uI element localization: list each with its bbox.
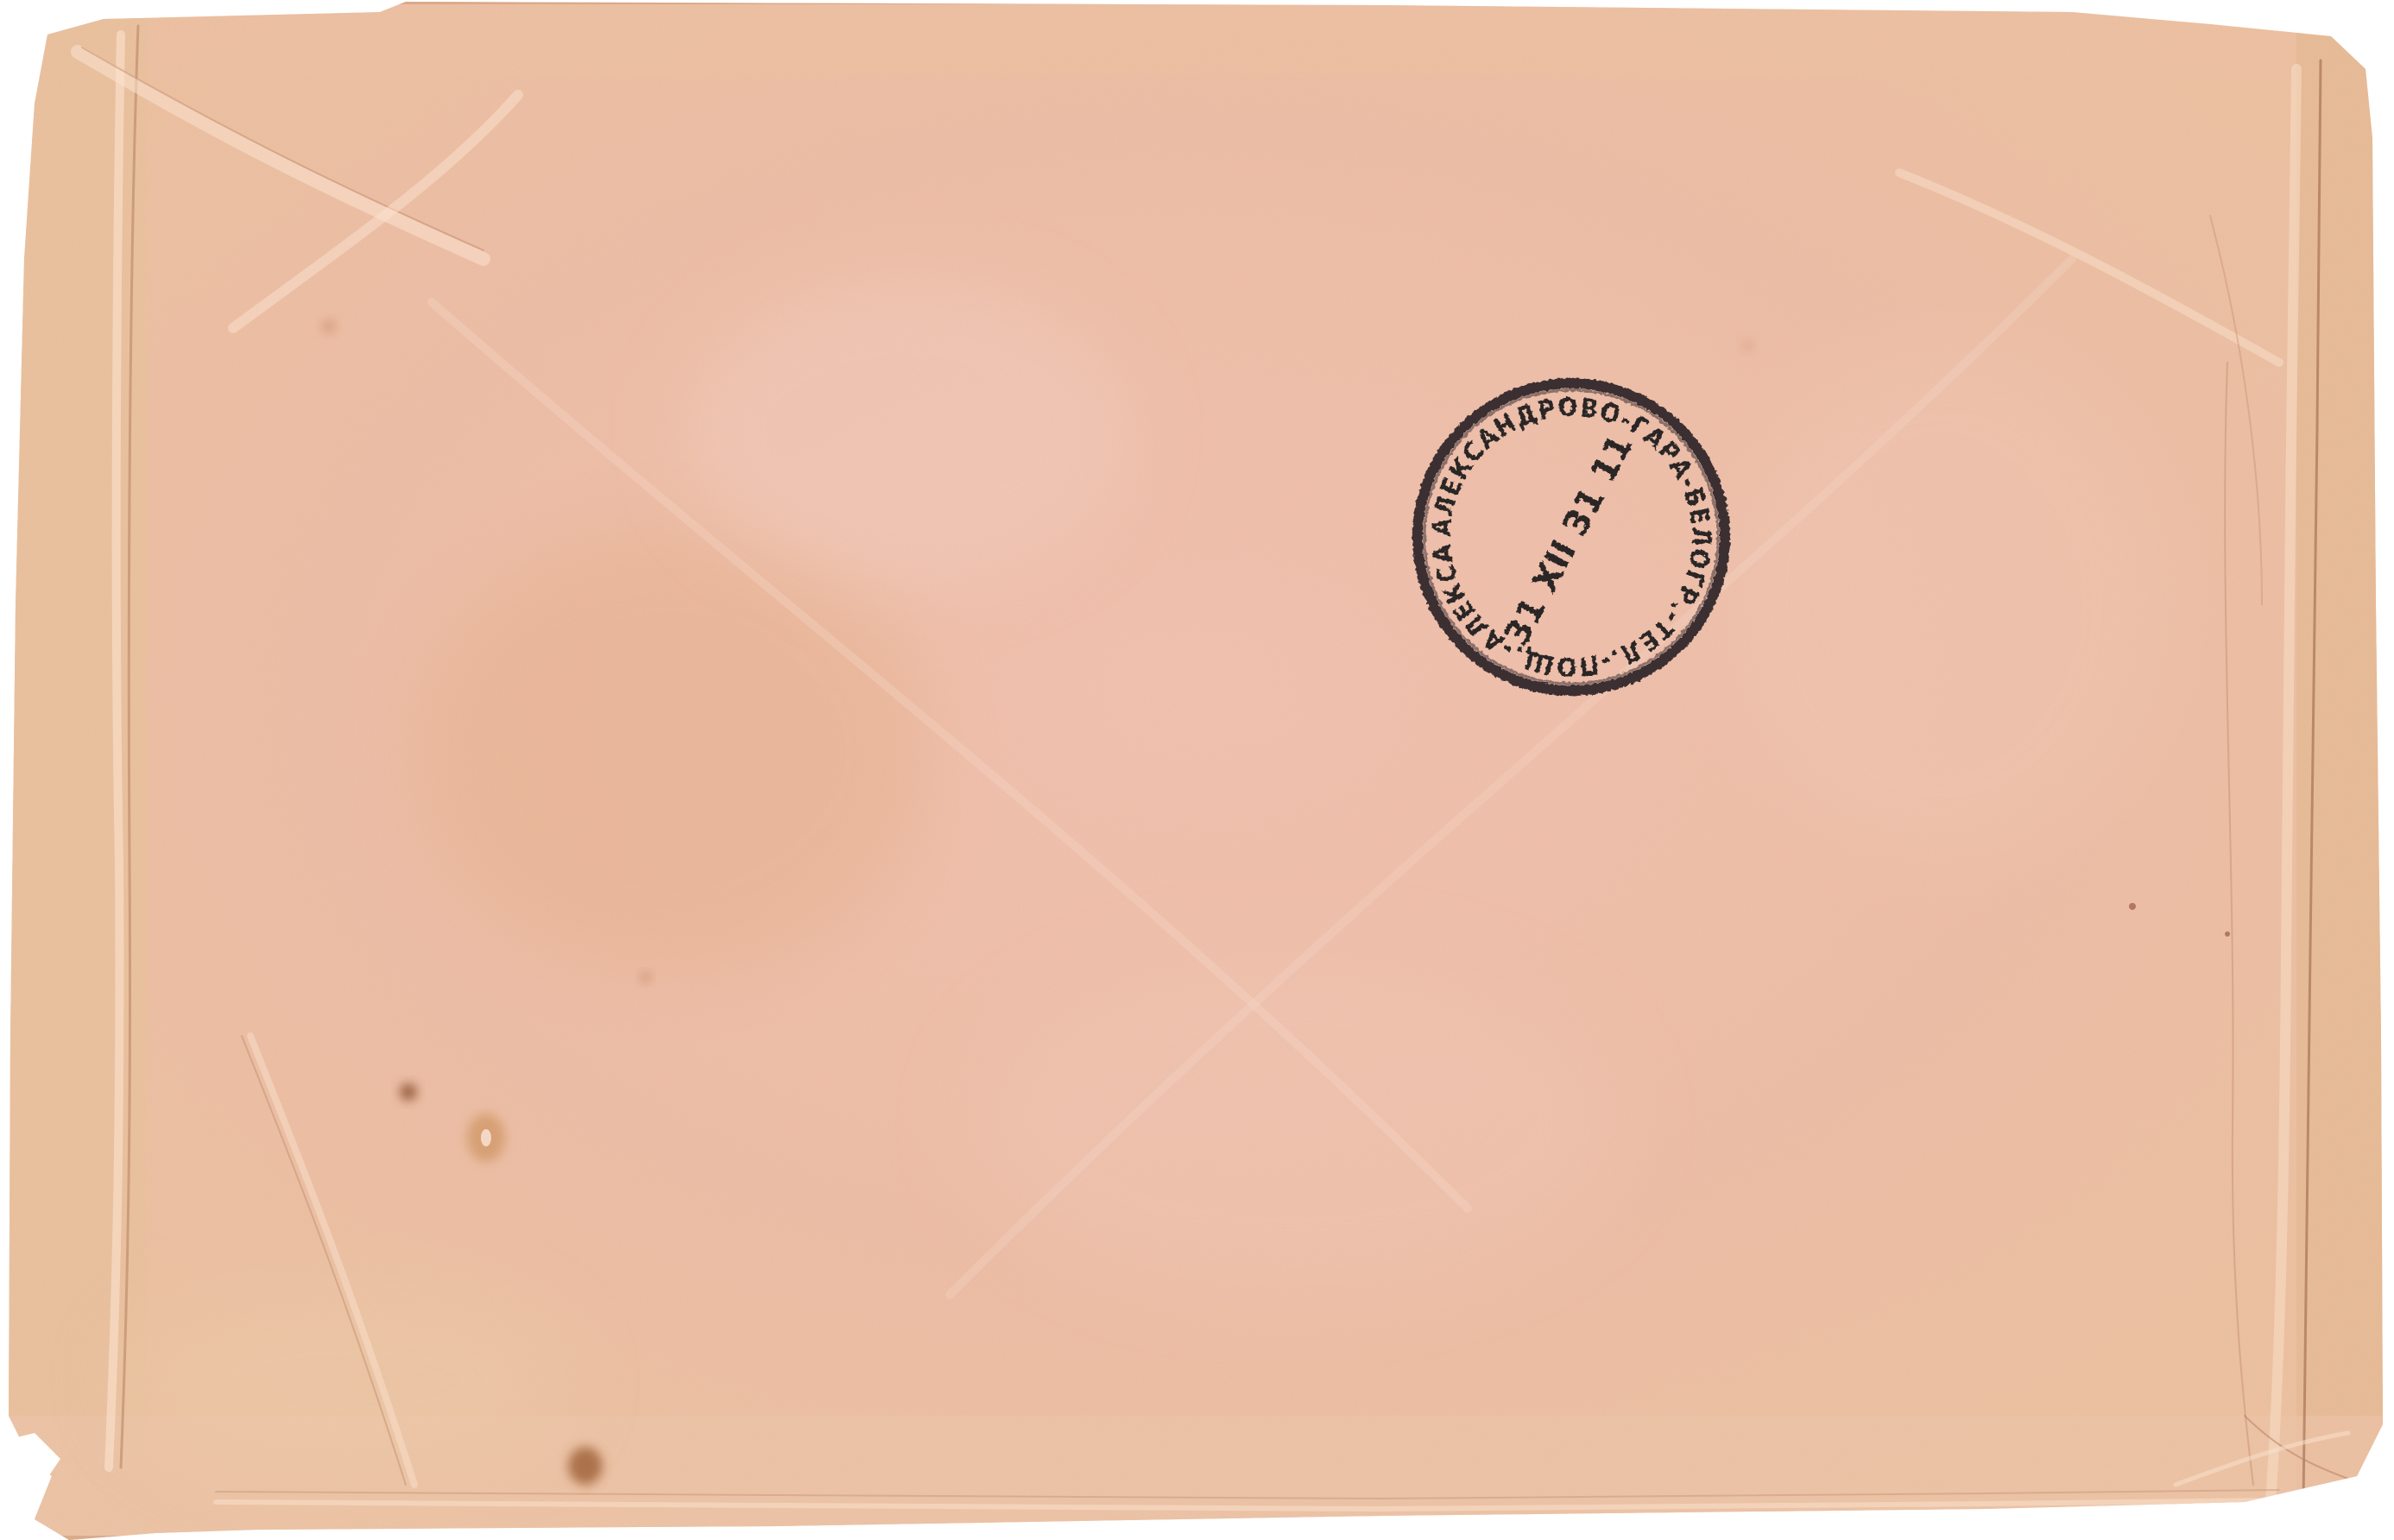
envelope-back bbox=[0, 0, 2394, 1540]
envelope-scan: АЛЕКСАНДРОВО-ГАРА-БЕЛОГР.-ТЕЛ.-ПОЩ.-АЛЕК… bbox=[0, 0, 2394, 1540]
postmark-stamp: АЛЕКСАНДРОВО-ГАРА-БЕЛОГР.-ТЕЛ.-ПОЩ.-АЛЕК… bbox=[1407, 373, 1735, 701]
postmark-date: 31 XII 31 11 bbox=[1497, 428, 1641, 652]
